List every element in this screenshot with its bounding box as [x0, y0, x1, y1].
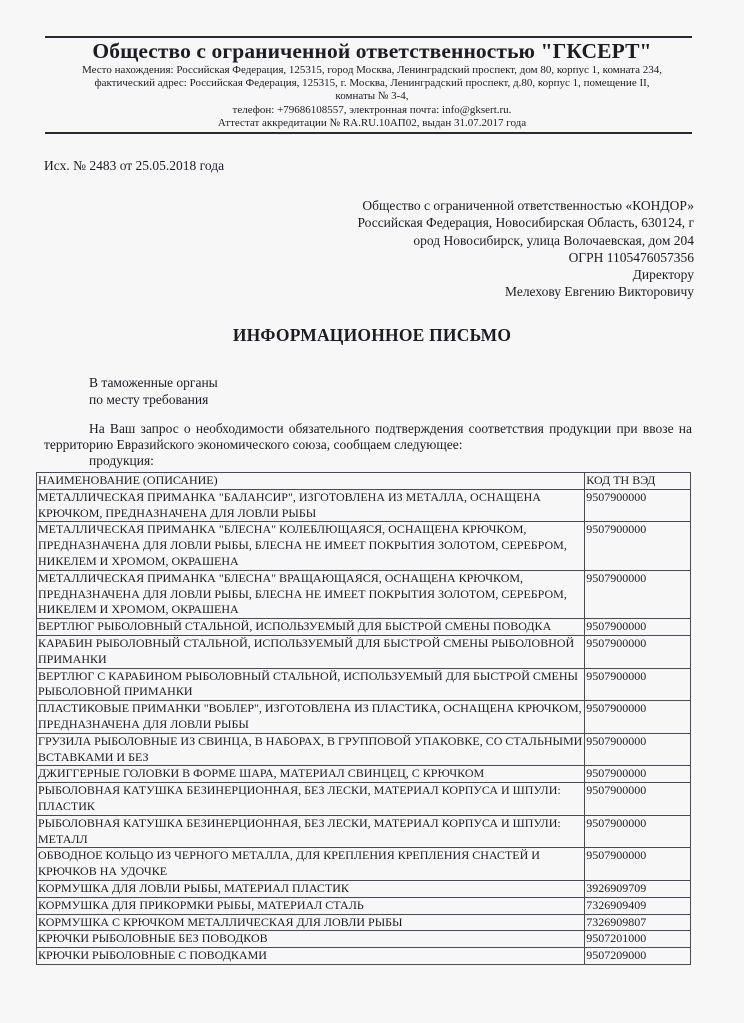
body-paragraph: На Ваш запрос о необходимости обязательн…	[44, 421, 692, 453]
product-code: 9507900000	[585, 783, 691, 816]
table-row: ДЖИГГЕРНЫЕ ГОЛОВКИ В ФОРМЕ ШАРА, МАТЕРИА…	[37, 766, 691, 783]
product-code: 9507900000	[585, 733, 691, 766]
product-name: МЕТАЛЛИЧЕСКАЯ ПРИМАНКА "БАЛАНСИР", ИЗГОТ…	[37, 489, 585, 522]
table-row: КРЮЧКИ РЫБОЛОВНЫЕ С ПОВОДКАМИ 9507209000	[37, 948, 691, 965]
letterhead-info: Место нахождения: Российская Федерация, …	[40, 64, 704, 130]
addressee-ogrn: ОГРН 1105476057356	[274, 249, 694, 266]
product-name: ПЛАСТИКОВЫЕ ПРИМАНКИ "ВОБЛЕР", ИЗГОТОВЛЕ…	[37, 701, 585, 734]
table-row: КОРМУШКА ДЛЯ ПРИКОРМКИ РЫБЫ, МАТЕРИАЛ СТ…	[37, 897, 691, 914]
product-code: 9507900000	[585, 635, 691, 668]
product-name: ВЕРТЛЮГ С КАРАБИНОМ РЫБОЛОВНЫЙ СТАЛЬНОЙ,…	[37, 668, 585, 701]
document-title: ИНФОРМАЦИОННОЕ ПИСЬМО	[0, 325, 744, 346]
recipient-block: В таможенные органы по месту требования	[89, 374, 218, 408]
product-name: ОБВОДНОЕ КОЛЬЦО ИЗ ЧЕРНОГО МЕТАЛЛА, ДЛЯ …	[37, 848, 585, 881]
product-code: 9507900000	[585, 701, 691, 734]
table-row: РЫБОЛОВНАЯ КАТУШКА БЕЗИНЕРЦИОННАЯ, БЕЗ Л…	[37, 783, 691, 816]
product-name: МЕТАЛЛИЧЕСКАЯ ПРИМАНКА "БЛЕСНА" ВРАЩАЮЩА…	[37, 570, 585, 618]
product-code: 9507900000	[585, 766, 691, 783]
outgoing-reference: Исх. № 2483 от 25.05.2018 года	[44, 158, 224, 174]
table-row: ГРУЗИЛА РЫБОЛОВНЫЕ ИЗ СВИНЦА, В НАБОРАХ,…	[37, 733, 691, 766]
product-name: РЫБОЛОВНАЯ КАТУШКА БЕЗИНЕРЦИОННАЯ, БЕЗ Л…	[37, 815, 585, 848]
table-row: КРЮЧКИ РЫБОЛОВНЫЕ БЕЗ ПОВОДКОВ 950720100…	[37, 931, 691, 948]
product-name: ГРУЗИЛА РЫБОЛОВНЫЕ ИЗ СВИНЦА, В НАБОРАХ,…	[37, 733, 585, 766]
table-row: ОБВОДНОЕ КОЛЬЦО ИЗ ЧЕРНОГО МЕТАЛЛА, ДЛЯ …	[37, 848, 691, 881]
product-code: 9507201000	[585, 931, 691, 948]
product-name: КОРМУШКА С КРЮЧКОМ МЕТАЛЛИЧЕСКАЯ ДЛЯ ЛОВ…	[37, 914, 585, 931]
product-code: 9507900000	[585, 522, 691, 570]
product-name: КОРМУШКА ДЛЯ ЛОВЛИ РЫБЫ, МАТЕРИАЛ ПЛАСТИ…	[37, 880, 585, 897]
table-row: МЕТАЛЛИЧЕСКАЯ ПРИМАНКА "БЛЕСНА" ВРАЩАЮЩА…	[37, 570, 691, 618]
table-row: МЕТАЛЛИЧЕСКАЯ ПРИМАНКА "БАЛАНСИР", ИЗГОТ…	[37, 489, 691, 522]
letterhead-contacts: телефон: +79686108557, электронная почта…	[40, 104, 704, 117]
table-header-row: НАИМЕНОВАНИЕ (ОПИСАНИЕ) КОД ТН ВЭД	[37, 473, 691, 490]
product-code: 9507900000	[585, 619, 691, 636]
product-code: 3926909709	[585, 880, 691, 897]
product-name: КАРАБИН РЫБОЛОВНЫЙ СТАЛЬНОЙ, ИСПОЛЬЗУЕМЫ…	[37, 635, 585, 668]
addressee-address-2: ород Новосибирск, улица Волочаевская, до…	[274, 232, 694, 249]
addressee-name: Мелехову Евгению Викторовичу	[274, 283, 694, 300]
product-code: 9507900000	[585, 489, 691, 522]
product-code: 9507900000	[585, 815, 691, 848]
product-name: МЕТАЛЛИЧЕСКАЯ ПРИМАНКА "БЛЕСНА" КОЛЕБЛЮЩ…	[37, 522, 585, 570]
letterhead-rooms: комнаты № 3-4,	[40, 90, 704, 103]
letterhead-legal-address: Место нахождения: Российская Федерация, …	[40, 64, 704, 77]
product-name: ДЖИГГЕРНЫЕ ГОЛОВКИ В ФОРМЕ ШАРА, МАТЕРИА…	[37, 766, 585, 783]
table-row: КОРМУШКА ДЛЯ ЛОВЛИ РЫБЫ, МАТЕРИАЛ ПЛАСТИ…	[37, 880, 691, 897]
product-code: 9507900000	[585, 570, 691, 618]
product-name: КРЮЧКИ РЫБОЛОВНЫЕ БЕЗ ПОВОДКОВ	[37, 931, 585, 948]
letter-body: На Ваш запрос о необходимости обязательн…	[44, 421, 692, 469]
recipient-line-1: В таможенные органы	[89, 374, 218, 391]
product-name: ВЕРТЛЮГ РЫБОЛОВНЫЙ СТАЛЬНОЙ, ИСПОЛЬЗУЕМЫ…	[37, 619, 585, 636]
letterhead-accreditation: Аттестат аккредитации № RA.RU.10АП02, вы…	[40, 117, 704, 130]
recipient-line-2: по месту требования	[89, 391, 218, 408]
table-row: КАРАБИН РЫБОЛОВНЫЙ СТАЛЬНОЙ, ИСПОЛЬЗУЕМЫ…	[37, 635, 691, 668]
document-page: Общество с ограниченной ответственностью…	[0, 0, 744, 1023]
addressee-address-1: Российская Федерация, Новосибирская Обла…	[274, 214, 694, 231]
addressee-position: Директору	[274, 266, 694, 283]
products-table: НАИМЕНОВАНИЕ (ОПИСАНИЕ) КОД ТН ВЭД МЕТАЛ…	[36, 472, 691, 965]
product-code: 9507900000	[585, 848, 691, 881]
product-name: КОРМУШКА ДЛЯ ПРИКОРМКИ РЫБЫ, МАТЕРИАЛ СТ…	[37, 897, 585, 914]
product-name: РЫБОЛОВНАЯ КАТУШКА БЕЗИНЕРЦИОННАЯ, БЕЗ Л…	[37, 783, 585, 816]
product-code: 7326909807	[585, 914, 691, 931]
product-code: 7326909409	[585, 897, 691, 914]
header-code: КОД ТН ВЭД	[585, 473, 691, 490]
table-row: ПЛАСТИКОВЫЕ ПРИМАНКИ "ВОБЛЕР", ИЗГОТОВЛЕ…	[37, 701, 691, 734]
letterhead-actual-address: фактический адрес: Российская Федерация,…	[40, 77, 704, 90]
table-row: МЕТАЛЛИЧЕСКАЯ ПРИМАНКА "БЛЕСНА" КОЛЕБЛЮЩ…	[37, 522, 691, 570]
addressee-org: Общество с ограниченной ответственностью…	[274, 197, 694, 214]
addressee-block: Общество с ограниченной ответственностью…	[274, 197, 694, 301]
letterhead-bottom-rule	[45, 132, 692, 134]
table-row: КОРМУШКА С КРЮЧКОМ МЕТАЛЛИЧЕСКАЯ ДЛЯ ЛОВ…	[37, 914, 691, 931]
product-name: КРЮЧКИ РЫБОЛОВНЫЕ С ПОВОДКАМИ	[37, 948, 585, 965]
product-code: 9507900000	[585, 668, 691, 701]
letterhead-org-title: Общество с ограниченной ответственностью…	[0, 38, 744, 64]
product-code: 9507209000	[585, 948, 691, 965]
table-row: РЫБОЛОВНАЯ КАТУШКА БЕЗИНЕРЦИОННАЯ, БЕЗ Л…	[37, 815, 691, 848]
header-name: НАИМЕНОВАНИЕ (ОПИСАНИЕ)	[37, 473, 585, 490]
table-row: ВЕРТЛЮГ РЫБОЛОВНЫЙ СТАЛЬНОЙ, ИСПОЛЬЗУЕМЫ…	[37, 619, 691, 636]
products-label: продукция:	[44, 453, 692, 469]
table-row: ВЕРТЛЮГ С КАРАБИНОМ РЫБОЛОВНЫЙ СТАЛЬНОЙ,…	[37, 668, 691, 701]
